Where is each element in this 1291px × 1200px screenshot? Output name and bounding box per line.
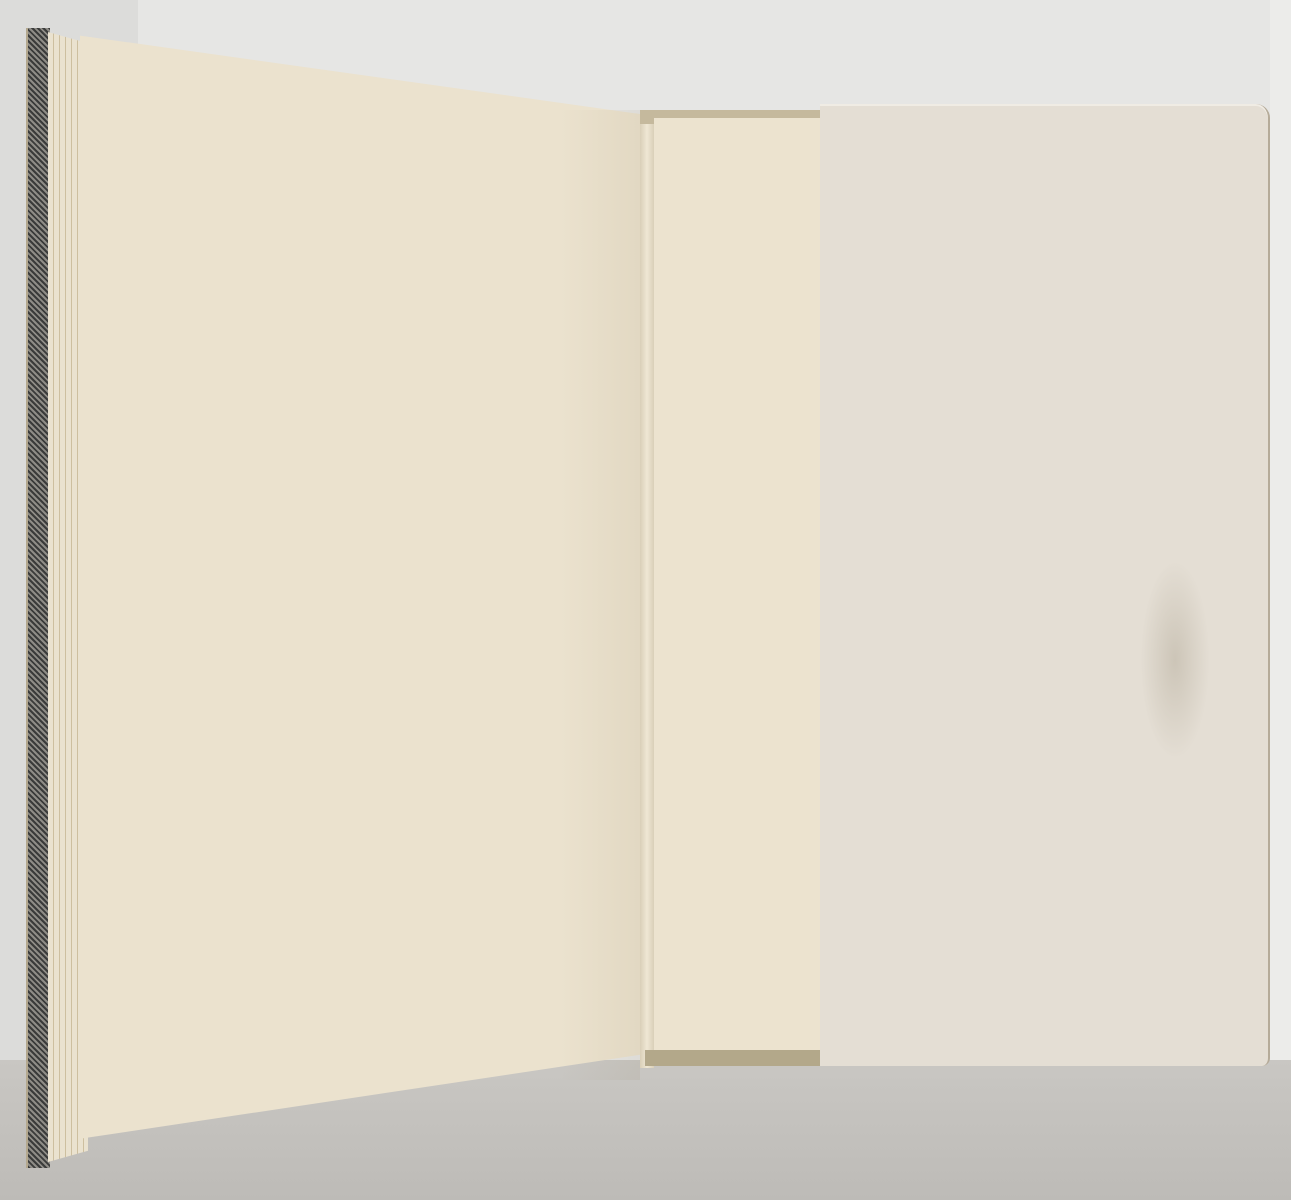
book-left-page [80,30,640,1150]
backdrop-edge-right [1270,0,1291,1065]
book-spine-panel [654,118,821,1050]
page-shadow [560,110,640,1080]
spine-bottom-cloth [645,1050,820,1066]
board-smudge-mark [1140,560,1210,760]
book-gutter [640,118,654,1068]
book-cover-edge [26,28,50,1168]
